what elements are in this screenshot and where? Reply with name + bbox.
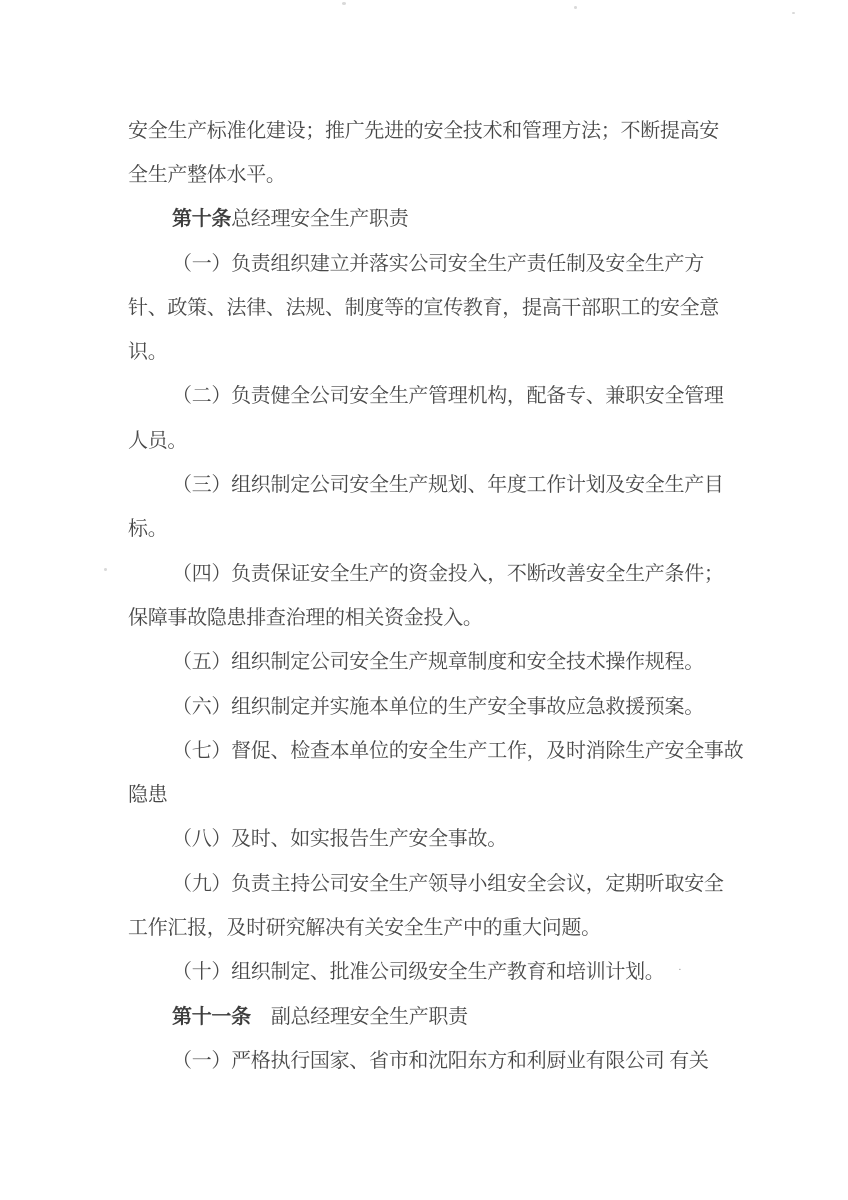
article-heading-line: 第十一条 副总经理安全生产职责 [128,992,736,1036]
text-line: （二）负责健全公司安全生产管理机构，配备专、兼职安全管理 [128,372,736,416]
line-text: （二）负责健全公司安全生产管理机构，配备专、兼职安全管理 [172,379,724,408]
scan-speck [342,2,346,5]
text-line: （六）组织制定并实施本单位的生产安全事故应急救援预案。 [128,682,736,726]
line-text: 工作汇报，及时研究解决有关安全生产中的重大问题。 [128,911,601,940]
text-line: （九）负责主持公司安全生产领导小组安全会议，定期听取安全 [128,859,736,903]
line-text: （八）及时、如实报告生产安全事故。 [172,822,507,851]
line-text: 全生产整体水平。 [128,158,286,187]
text-line: （三）组织制定公司安全生产规划、年度工作计划及安全生产目 [128,460,736,504]
line-text: （三）组织制定公司安全生产规划、年度工作计划及安全生产目 [172,468,724,497]
article-heading-line: 第十条 总经理安全生产职责 [128,195,736,239]
line-text: （六）组织制定并实施本单位的生产安全事故应急救援预案。 [172,690,704,719]
text-line: （四）负责保证安全生产的资金投入，不断改善安全生产条件； [128,549,736,593]
line-text: （五）组织制定公司安全生产规章制度和安全技术操作规程。 [172,645,704,674]
article-number: 第十条 [172,202,231,231]
text-line: 全生产整体水平。 [128,150,736,194]
line-text: （一）严格执行国家、省市和沈阳东方和利厨业有限公司 有关 [172,1044,709,1073]
text-line: 工作汇报，及时研究解决有关安全生产中的重大问题。 [128,903,736,947]
line-text: （一）负责组织建立并落实公司安全生产责任制及安全生产方 [172,247,704,276]
line-text: （七）督促、检查本单位的安全生产工作，及时消除生产安全事故 [172,734,743,763]
line-text: 隐患 [128,778,167,807]
line-text: 识。 [128,335,167,364]
line-text: （十）组织制定、批准公司级安全生产教育和培训计划。 [172,955,665,984]
article-title: 副总经理安全生产职责 [271,1000,468,1029]
document-page: 安全生产标准化建设；推广先进的安全技术和管理方法；不断提高安 全生产整体水平。 … [0,0,848,1200]
text-line: 标。 [128,505,736,549]
text-line: 人员。 [128,416,736,460]
text-line: （一）负责组织建立并落实公司安全生产责任制及安全生产方 [128,239,736,283]
text-line: 识。 [128,327,736,371]
text-line: 保障事故隐患排查治理的相关资金投入。 [128,593,736,637]
text-line: （五）组织制定公司安全生产规章制度和安全技术操作规程。 [128,638,736,682]
text-line: 安全生产标准化建设；推广先进的安全技术和管理方法；不断提高安 [128,106,736,150]
text-line: （八）及时、如实报告生产安全事故。 [128,815,736,859]
scan-speck [792,12,795,14]
line-text: （四）负责保证安全生产的资金投入，不断改善安全生产条件； [172,557,724,586]
text-line: 隐患 [128,770,736,814]
line-text: 保障事故隐患排查治理的相关资金投入。 [128,601,483,630]
scan-speck [104,568,107,571]
line-text: 标。 [128,512,167,541]
article-number: 第十一条 [172,1000,251,1029]
line-text: （九）负责主持公司安全生产领导小组安全会议，定期听取安全 [172,867,724,896]
text-line: 针、政策、法律、法规、制度等的宣传教育，提高干部职工的安全意 [128,283,736,327]
document-body: 安全生产标准化建设；推广先进的安全技术和管理方法；不断提高安 全生产整体水平。 … [128,106,736,1081]
text-line: （一）严格执行国家、省市和沈阳东方和利厨业有限公司 有关 [128,1036,736,1080]
stray-mark: . [679,961,681,973]
line-text: 针、政策、法律、法规、制度等的宣传教育，提高干部职工的安全意 [128,291,719,320]
text-line: （七）督促、检查本单位的安全生产工作，及时消除生产安全事故 [128,726,736,770]
line-text: 人员。 [128,424,187,453]
scan-speck [574,6,577,9]
line-text: 安全生产标准化建设；推广先进的安全技术和管理方法；不断提高安 [128,114,719,143]
text-line: （十）组织制定、批准公司级安全生产教育和培训计划。 . [128,948,736,992]
article-title: 总经理安全生产职责 [231,202,408,231]
